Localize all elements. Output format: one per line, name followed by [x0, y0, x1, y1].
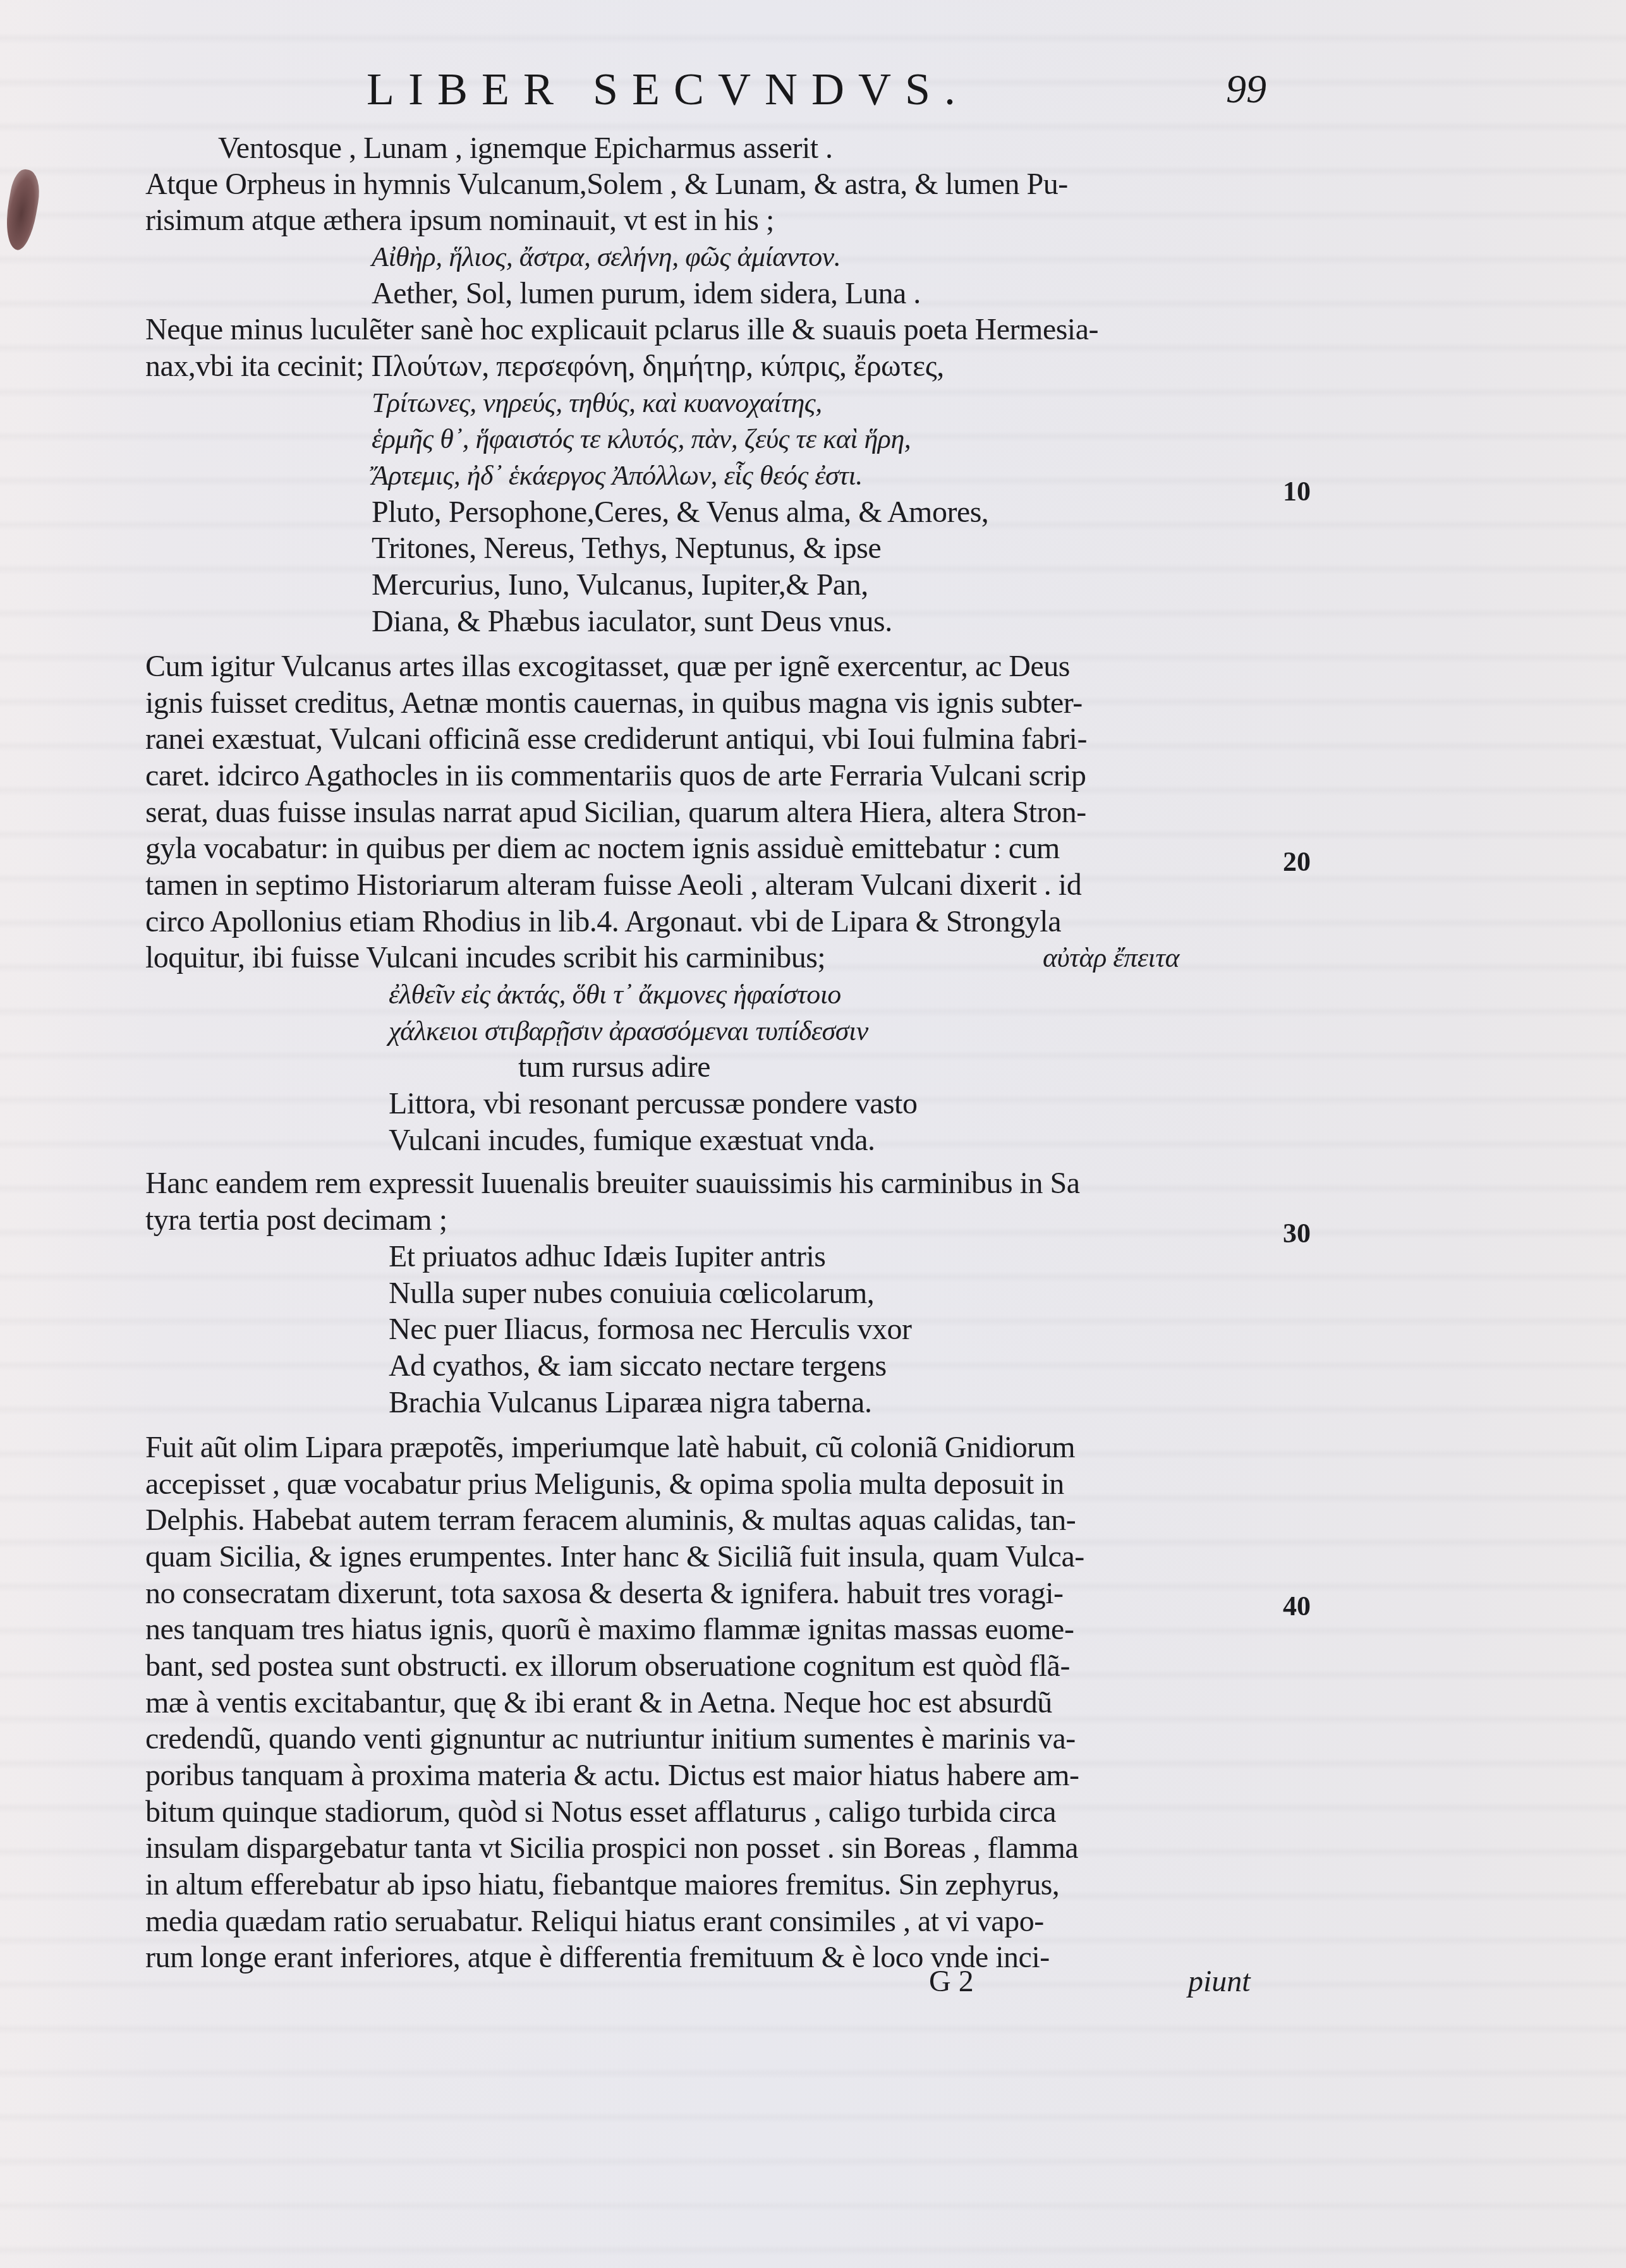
text-line: mæ à ventis excitabantur, quę & ibi eran… [145, 1684, 1052, 1722]
text-line: Diana, & Phæbus iaculator, sunt Deus vnu… [372, 603, 892, 641]
text-line: Aether, Sol, lumen purum, idem sidera, L… [372, 275, 921, 313]
text-line: media quædam ratio seruabatur. Reliqui h… [145, 1903, 1044, 1941]
text-line: loquitur, ibi fuisse Vulcani incudes scr… [145, 939, 825, 977]
greek-verse-line: χάλκειοι στιβαρῇσιν ἀρασσόμεναι τυπίδεσσ… [389, 1012, 868, 1050]
text-line: Vulcani incudes, fumique exæstuat vnda. [389, 1122, 875, 1160]
text-line: nes tanquam tres hiatus ignis, quorũ è m… [145, 1611, 1074, 1649]
text-line: in altum efferebatur ab ipso hiatu, fieb… [145, 1866, 1059, 1904]
margin-line-number: 30 [1283, 1217, 1311, 1249]
text-line: Atque Orpheus in hymnis Vulcanum,Solem ,… [145, 166, 1068, 203]
text-line: ignis fuisset creditus, Aetnæ montis cau… [145, 684, 1083, 722]
text-line: poribus tanquam à proxima materia & actu… [145, 1757, 1079, 1795]
page-number: 99 [1226, 66, 1266, 112]
catchword: piunt [1188, 1964, 1251, 1999]
text-line: Delphis. Habebat autem terram feracem al… [145, 1501, 1076, 1539]
book-page: LIBER SECVNDVS. 99 Ventosque , Lunam , i… [0, 0, 1626, 2268]
text-line: Ad cyathos, & iam siccato nectare tergen… [389, 1347, 887, 1385]
text-line: quam Sicilia, & ignes erumpentes. Inter … [145, 1538, 1084, 1576]
text-line: gyla vocabatur: in quibus per diem ac no… [145, 830, 1060, 868]
text-line: bitum quinque stadiorum, quòd si Notus e… [145, 1793, 1056, 1831]
text-line: Nec puer Iliacus, formosa nec Herculis v… [389, 1311, 912, 1349]
text-line: Neque minus luculẽter sanè hoc explicaui… [145, 311, 1098, 349]
text-line: Ventosque , Lunam , ignemque Epicharmus … [218, 130, 833, 167]
text-line: ranei exæstuat, Vulcani officinã esse cr… [145, 720, 1087, 758]
greek-verse-line: Τρίτωνες, νηρεύς, τηθύς, καὶ κυανοχαίτης… [372, 384, 822, 422]
greek-verse-line: ἐλθεῖν εἰς ἀκτάς, ὅθι τ᾽ ἄκμονες ἡφαίστο… [389, 976, 841, 1014]
greek-verse-line: Ἄρτεμις, ἠδ᾽ ἑκάεργος Ἀπόλλων, εἷς θεός … [372, 457, 863, 495]
text-line: circo Apollonius etiam Rhodius in lib.4.… [145, 903, 1061, 941]
ink-stain [1, 167, 44, 252]
text-line: Cum igitur Vulcanus artes illas excogita… [145, 648, 1070, 686]
signature-mark: G 2 [929, 1964, 974, 1999]
text-line: tamen in septimo Historiarum alteram fui… [145, 866, 1081, 904]
text-line: nax,vbi ita cecinit; Πλούτων, περσεφόνη,… [145, 348, 944, 385]
text-line: risimum atque æthera ipsum nominauit, vt… [145, 202, 774, 240]
text-line: Nulla super nubes conuiuia cœlicolarum, [389, 1275, 874, 1313]
greek-verse-line: Αἰθὴρ, ἥλιος, ἄστρα, σελήνη, φῶς ἀμίαντο… [372, 238, 840, 276]
page-header: LIBER SECVNDVS. 99 [354, 63, 1302, 120]
running-title: LIBER SECVNDVS. [367, 63, 969, 116]
text-line: Mercurius, Iuno, Vulcanus, Iupiter,& Pan… [372, 566, 868, 604]
text-line: tyra tertia post decimam ; [145, 1201, 447, 1239]
text-line: insulam dispargebatur tanta vt Sicilia p… [145, 1829, 1078, 1867]
text-line: bant, sed postea sunt obstructi. ex illo… [145, 1647, 1070, 1685]
text-line: tum rursus adire [518, 1048, 710, 1086]
text-line: Hanc eandem rem expressit Iuuenalis breu… [145, 1165, 1079, 1203]
text-line: accepisset , quæ vocabatur prius Meligun… [145, 1465, 1064, 1503]
margin-line-number: 10 [1283, 475, 1311, 507]
text-line: Tritones, Nereus, Tethys, Neptunus, & ip… [372, 530, 881, 567]
text-line: caret. idcirco Agathocles in iis comment… [145, 757, 1086, 795]
text-line: credendũ, quando venti gignuntur ac nutr… [145, 1720, 1076, 1758]
greek-verse-line: ἑρμῆς θ᾽, ἥφαιστός τε κλυτός, πὰν, ζεύς … [372, 420, 911, 458]
text-line: no consecratam dixerunt, tota saxosa & d… [145, 1575, 1064, 1613]
greek-verse-line: αὐτὰρ ἔπειτα [1043, 939, 1179, 977]
text-line: Littora, vbi resonant percussæ pondere v… [389, 1085, 917, 1123]
text-line: serat, duas fuisse insulas narrat apud S… [145, 794, 1086, 832]
text-line: Brachia Vulcanus Liparæa nigra taberna. [389, 1384, 871, 1422]
text-line: rum longe erant inferiores, atque è diff… [145, 1939, 1050, 1977]
margin-line-number: 20 [1283, 846, 1311, 878]
text-line: Et priuatos adhuc Idæis Iupiter antris [389, 1238, 826, 1276]
text-line: Pluto, Persophone,Ceres, & Venus alma, &… [372, 494, 988, 531]
text-line: Fuit aũt olim Lipara præpotẽs, imperiumq… [145, 1429, 1075, 1467]
margin-line-number: 40 [1283, 1590, 1311, 1622]
